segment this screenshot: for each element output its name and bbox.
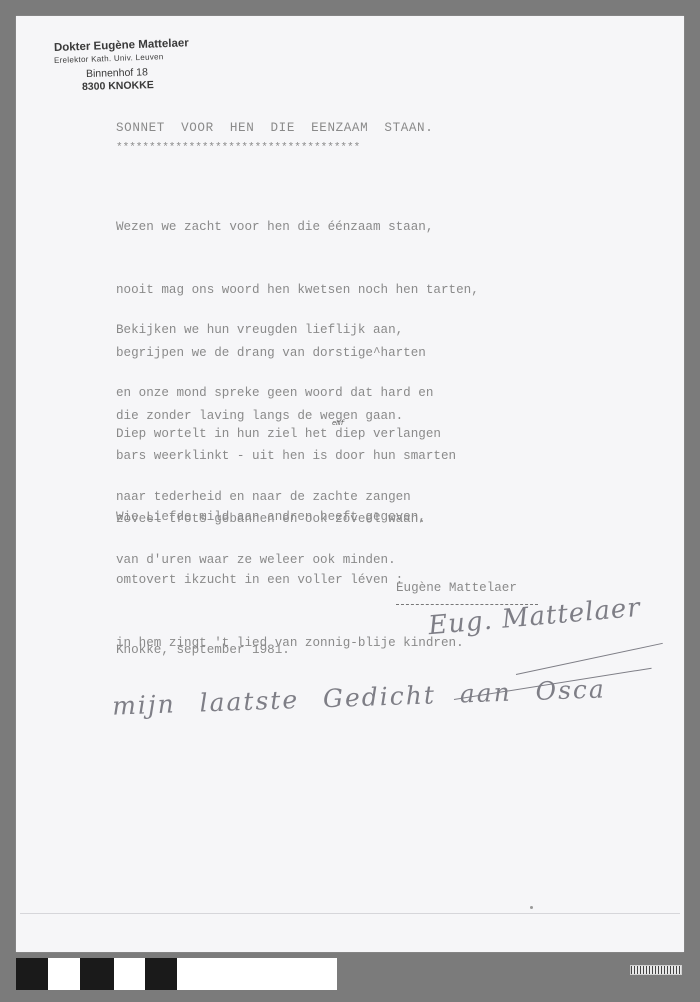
swatch-black bbox=[145, 958, 177, 990]
barcode-label bbox=[630, 965, 682, 975]
place-date: Knokke, september 1981. bbox=[116, 640, 290, 661]
letterhead-city: 8300 KNOKKE bbox=[82, 79, 189, 94]
poem-title: SONNET VOOR HEN DIE EENZAAM STAAN. bbox=[116, 118, 433, 139]
verse-line: Wezen we zacht voor hen die éénzaam staa… bbox=[116, 217, 479, 238]
verse-line: Diep wortelt in hun ziel het diep verlan… bbox=[116, 424, 441, 445]
swatch-white bbox=[114, 958, 145, 990]
verse-line: Bekijken we hun vreugden lieflijk aan, bbox=[116, 320, 456, 341]
document-page: Dokter Eugène Mattelaer Erelektor Kath. … bbox=[16, 16, 684, 952]
letterhead-stamp: Dokter Eugène Mattelaer Erelektor Kath. … bbox=[54, 42, 189, 94]
swatch-black bbox=[16, 958, 48, 990]
handwritten-correction: emf bbox=[332, 420, 345, 428]
swatch-white bbox=[48, 958, 80, 990]
verse-line: Wie Liefde mild aan andren heeft gegeven… bbox=[116, 507, 464, 528]
swatch-white-wide bbox=[177, 958, 337, 990]
paper-mark bbox=[530, 906, 533, 909]
poem-title-underline: ************************************* bbox=[116, 138, 360, 159]
bottom-rule bbox=[20, 913, 680, 914]
swatch-black bbox=[80, 958, 114, 990]
scan-color-bar bbox=[16, 958, 337, 990]
typed-signature-name: Eugène Mattelaer bbox=[396, 578, 517, 599]
